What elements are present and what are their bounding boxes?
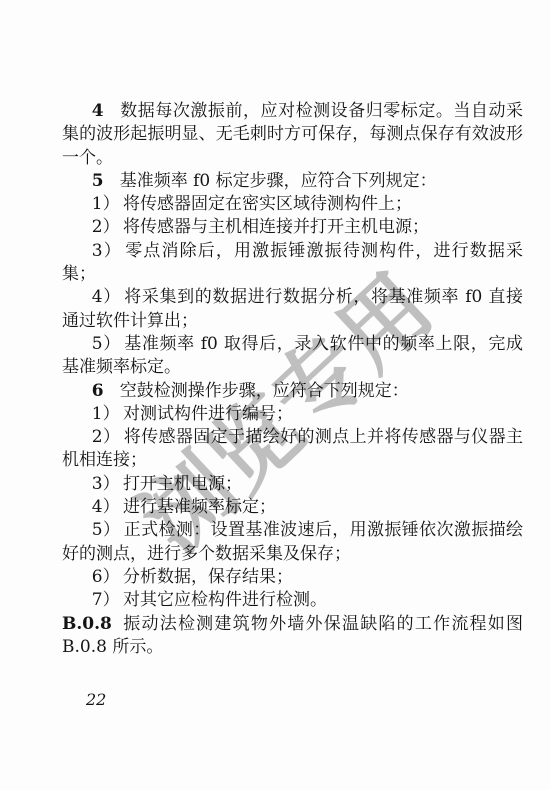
- step-number: 4）: [92, 497, 120, 517]
- step-text: 对其它应检构件进行检测。: [123, 590, 327, 610]
- clause-paragraph: 6空鼓检测操作步骤，应符合下列规定：: [62, 380, 523, 403]
- step-number: 3）: [92, 474, 120, 494]
- appendix-clause-text: 振动法检测建筑物外墙外保温缺陷的工作流程如图 B.0.8 所示。: [62, 614, 523, 657]
- clause-number: 5: [92, 171, 104, 191]
- step-item: 7）对其它应检构件进行检测。: [62, 589, 523, 612]
- step-item: 3）打开主机电源；: [62, 473, 523, 496]
- document-page: 浏览专用 4数据每次激振前，应对检测设备归零标定。当自动采集的波形起振明显、无毛…: [0, 0, 551, 790]
- step-text: 打开主机电源；: [123, 474, 242, 494]
- clause-text: 空鼓检测操作步骤，应符合下列规定：: [120, 381, 409, 401]
- step-number: 5）: [92, 520, 121, 540]
- step-item: 2）将传感器固定于描绘好的测点上并将传感器与仪器主机相连接；: [62, 426, 523, 473]
- clause-number: 4: [92, 101, 104, 121]
- appendix-clause-number: B.0.8: [62, 614, 112, 634]
- step-item: 1）将传感器固定在密实区域待测构件上；: [62, 193, 523, 216]
- step-text: 进行基准频率标定；: [123, 497, 276, 517]
- step-item: 6）分析数据，保存结果；: [62, 566, 523, 589]
- step-item: 4）进行基准频率标定；: [62, 496, 523, 519]
- step-item: 2）将传感器与主机相连接并打开主机电源；: [62, 216, 523, 239]
- step-number: 4）: [92, 287, 121, 307]
- step-text: 将采集到的数据进行数据分析，将基准频率 f0 直接通过软件计算出；: [62, 287, 523, 330]
- step-item: 3）零点消除后，用激振锤激振待测构件，进行数据采集；: [62, 240, 523, 287]
- clause-paragraph: 5基准频率 f0 标定步骤，应符合下列规定：: [62, 170, 523, 193]
- step-number: 2）: [92, 427, 121, 447]
- step-number: 5）: [92, 334, 121, 354]
- clause-paragraph: 4数据每次激振前，应对检测设备归零标定。当自动采集的波形起振明显、无毛刺时方可保…: [62, 100, 523, 170]
- step-text: 分析数据，保存结果；: [123, 567, 293, 587]
- clause-text: 数据每次激振前，应对检测设备归零标定。当自动采集的波形起振明显、无毛刺时方可保存…: [62, 101, 523, 168]
- step-number: 7）: [92, 590, 120, 610]
- step-text: 将传感器与主机相连接并打开主机电源；: [123, 217, 429, 237]
- step-text: 基准频率 f0 取得后，录入软件中的频率上限，完成基准频率标定。: [62, 334, 523, 377]
- step-number: 2）: [92, 217, 120, 237]
- step-text: 将传感器固定在密实区域待测构件上；: [123, 194, 412, 214]
- step-item: 5）正式检测：设置基准波速后，用激振锤依次激振描绘好的测点，进行多个数据采集及保…: [62, 519, 523, 566]
- step-item: 5）基准频率 f0 取得后，录入软件中的频率上限，完成基准频率标定。: [62, 333, 523, 380]
- page-number: 22: [86, 690, 106, 709]
- step-item: 4）将采集到的数据进行数据分析，将基准频率 f0 直接通过软件计算出；: [62, 286, 523, 333]
- step-text: 零点消除后，用激振锤激振待测构件，进行数据采集；: [62, 241, 523, 284]
- step-text: 将传感器固定于描绘好的测点上并将传感器与仪器主机相连接；: [62, 427, 523, 470]
- step-number: 1）: [92, 194, 120, 214]
- document-content: 4数据每次激振前，应对检测设备归零标定。当自动采集的波形起振明显、无毛刺时方可保…: [62, 100, 523, 659]
- appendix-clause: B.0.8振动法检测建筑物外墙外保温缺陷的工作流程如图 B.0.8 所示。: [62, 613, 523, 660]
- step-number: 1）: [92, 404, 120, 424]
- clause-text: 基准频率 f0 标定步骤，应符合下列规定：: [120, 171, 437, 191]
- step-number: 6）: [92, 567, 120, 587]
- step-text: 对测试构件进行编号；: [123, 404, 293, 424]
- clause-number: 6: [92, 381, 104, 401]
- step-number: 3）: [92, 241, 122, 261]
- step-item: 1）对测试构件进行编号；: [62, 403, 523, 426]
- step-text: 正式检测：设置基准波速后，用激振锤依次激振描绘好的测点，进行多个数据采集及保存；: [62, 520, 523, 563]
